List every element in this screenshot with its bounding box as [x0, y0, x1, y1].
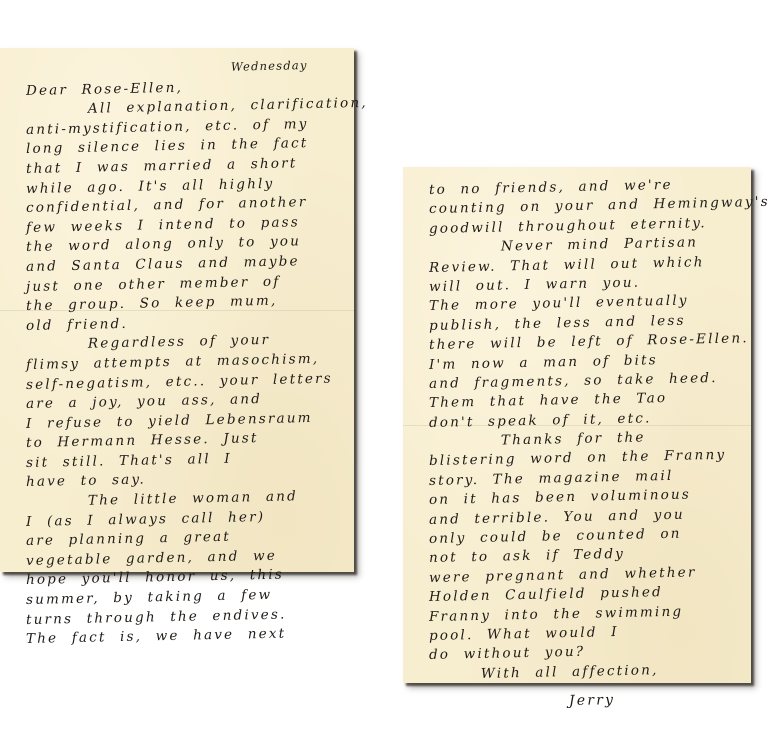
letter-page-1: Wednesday Dear Rose-Ellen, All explanati…	[0, 48, 354, 572]
letter-page-2: to no friends, and we're counting on you…	[403, 167, 751, 683]
letter-signature: Jerry	[429, 689, 741, 715]
